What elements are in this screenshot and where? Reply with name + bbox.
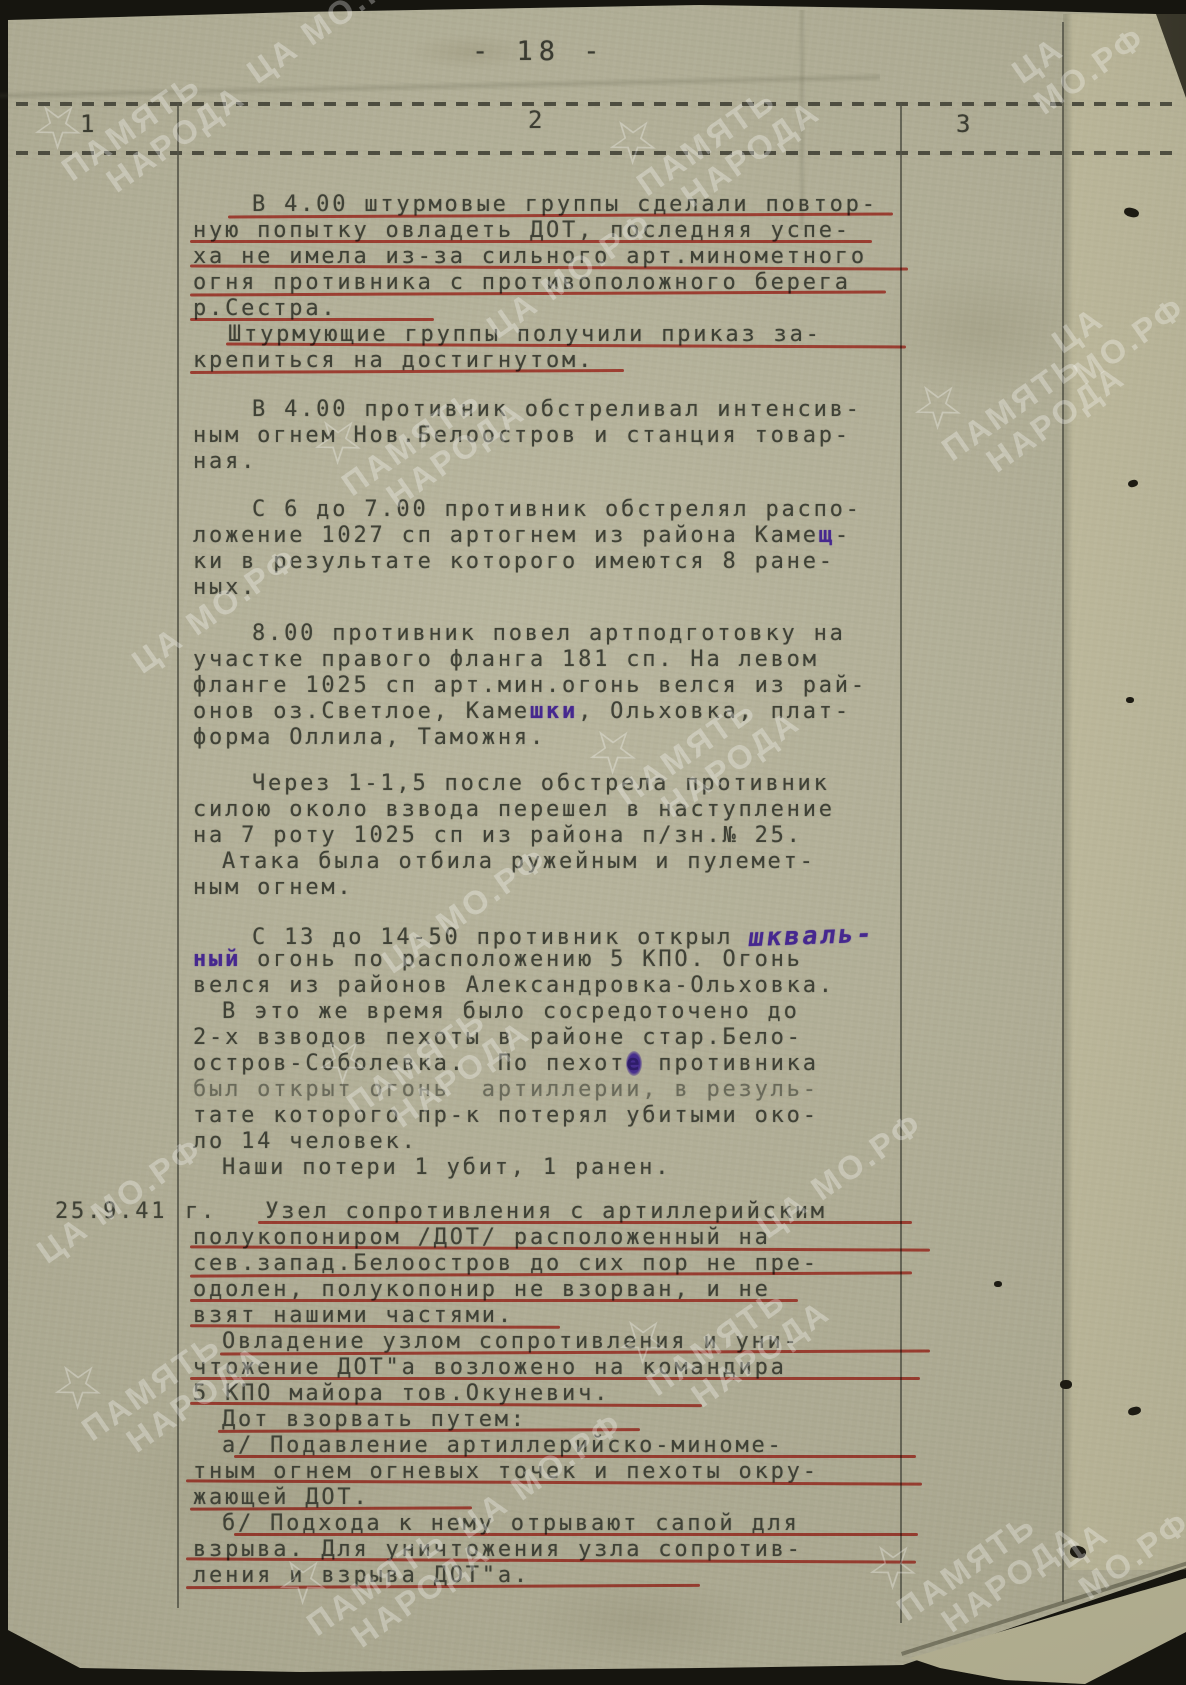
binding-hole: [1126, 697, 1134, 703]
column-divider-2: [900, 103, 902, 1623]
typed-text: ным огнем.: [193, 875, 353, 900]
ink-annotation: щ: [819, 523, 835, 548]
typed-text: был открыт огонь артиллерии, в резуль-: [193, 1077, 819, 1102]
ink-annotation: е: [626, 1051, 642, 1076]
binding-hole: [994, 1281, 1002, 1287]
document-line: участке правого фланга 181 сп. На левом: [193, 647, 819, 672]
typed-text: остров-Соболевка. По пехот: [193, 1051, 626, 1076]
document-line: ный огонь по расположению 5 КПО. Огонь: [193, 947, 803, 972]
document-line: ная.: [193, 449, 257, 474]
red-underline: [258, 1221, 912, 1224]
document-line: Наши потери 1 убит, 1 ранен.: [222, 1155, 671, 1180]
typed-text: 8.00 противник повел артподготовку на: [252, 621, 846, 646]
typed-text: В это же время было сосредоточено до: [222, 999, 800, 1024]
typed-text: ная.: [193, 449, 257, 474]
typed-text: на 7 роту 1025 сп из района п/зн.№ 25.: [193, 823, 803, 848]
document-line: ным огнем.: [193, 875, 353, 900]
document-line: 2-х взводов пехоты в районе стар.Бело-: [193, 1025, 803, 1050]
typed-text: ложение 1027 сп артогнем из района Каме: [193, 523, 819, 548]
column-header-1: 1: [80, 110, 94, 138]
document-line: велся из районов Александровка-Ольховка.: [193, 973, 835, 998]
typed-text: ки в результате которого имеются 8 ране-: [193, 549, 835, 574]
typed-text: Атака была отбила ружейным и пулемет-: [222, 849, 816, 874]
typed-text: 2-х взводов пехоты в районе стар.Бело-: [193, 1025, 803, 1050]
document-line: 8.00 противник повел артподготовку на: [252, 621, 846, 646]
document-line: фланге 1025 сп арт.мин.огонь велся из ра…: [193, 673, 867, 698]
typed-text: -: [835, 523, 851, 548]
ink-annotation: шки: [530, 699, 578, 724]
typed-text: ных.: [193, 575, 257, 600]
dashed-rule-bottom: [16, 151, 1176, 155]
ink-annotation: ный: [193, 947, 241, 972]
typed-text: В 4.00 противник обстреливал интенсив-: [252, 397, 862, 422]
typed-text: участке правого фланга 181 сп. На левом: [193, 647, 819, 672]
document-line: Через 1-1,5 после обстрела противник: [252, 771, 830, 796]
typed-text: велся из районов Александровка-Ольховка.: [193, 973, 835, 998]
document-line: С 13 до 14-50 противник открыл шкваль-: [252, 921, 874, 950]
document-line: В 4.00 противник обстреливал интенсив-: [252, 397, 862, 422]
document-line: ло 14 человек.: [193, 1129, 418, 1154]
document-line: ных.: [193, 575, 257, 600]
typed-text: форма Оллила, Таможня.: [193, 725, 546, 750]
typed-text: силою около взвода перешел в наступление: [193, 797, 835, 822]
document-line: силою около взвода перешел в наступление: [193, 797, 835, 822]
typed-text: фланге 1025 сп арт.мин.огонь велся из ра…: [193, 673, 867, 698]
page-number: - 18 -: [472, 36, 606, 67]
typed-text: противника: [642, 1051, 819, 1076]
red-underline: [234, 1533, 918, 1536]
red-underline: [190, 1377, 920, 1380]
binding-hole: [1060, 1380, 1072, 1389]
typed-text: огонь по расположению 5 КПО. Огонь: [241, 947, 803, 972]
document-line: остров-Соболевка. По пехоте противника: [193, 1051, 819, 1076]
document-line: на 7 роту 1025 сп из района п/зн.№ 25.: [193, 823, 803, 848]
red-underline: [234, 1455, 916, 1458]
paper-right-margin-band: [1063, 14, 1186, 1570]
document-line: ки в результате которого имеются 8 ране-: [193, 549, 835, 574]
typed-text: С 6 до 7.00 противник обстрелял распо-: [252, 497, 862, 522]
typed-text: Через 1-1,5 после обстрела противник: [252, 771, 830, 796]
document-line: ным огнем Нов.Белоостров и станция товар…: [193, 423, 851, 448]
red-underline: [190, 240, 872, 243]
red-underline: [190, 318, 434, 321]
document-line: был открыт огонь артиллерии, в резуль-: [193, 1077, 819, 1102]
document-line: тате которого пр-к потерял убитыми око-: [193, 1103, 819, 1128]
typed-text: тате которого пр-к потерял убитыми око-: [193, 1103, 819, 1128]
dashed-rule-top: [16, 102, 1176, 106]
red-underline: [190, 1299, 798, 1302]
column-divider-3: [1062, 22, 1064, 1602]
document-line: Атака была отбила ружейным и пулемет-: [222, 849, 816, 874]
scanned-document-page: - 18 - 1 2 3 25.9.41 В 4.00 штурмовые гр…: [0, 0, 1186, 1685]
typed-text: ным огнем Нов.Белоостров и станция товар…: [193, 423, 851, 448]
document-line: В это же время было сосредоточено до: [222, 999, 800, 1024]
typed-text: онов оз.Светлое, Каме: [193, 699, 530, 724]
document-line: онов оз.Светлое, Камешки, Ольховка, плат…: [193, 699, 851, 724]
typed-text: , Ольховка, плат-: [578, 699, 851, 724]
typed-text: ло 14 человек.: [193, 1129, 418, 1154]
typed-text: Наши потери 1 убит, 1 ранен.: [222, 1155, 671, 1180]
column-divider-1: [177, 103, 179, 1608]
column-header-2: 2: [528, 106, 542, 134]
document-line: ложение 1027 сп артогнем из района Камещ…: [193, 523, 851, 548]
margin-date: 25.9.41: [55, 1199, 167, 1224]
document-line: форма Оллила, Таможня.: [193, 725, 546, 750]
column-header-3: 3: [956, 110, 970, 138]
document-line: С 6 до 7.00 противник обстрелял распо-: [252, 497, 862, 522]
